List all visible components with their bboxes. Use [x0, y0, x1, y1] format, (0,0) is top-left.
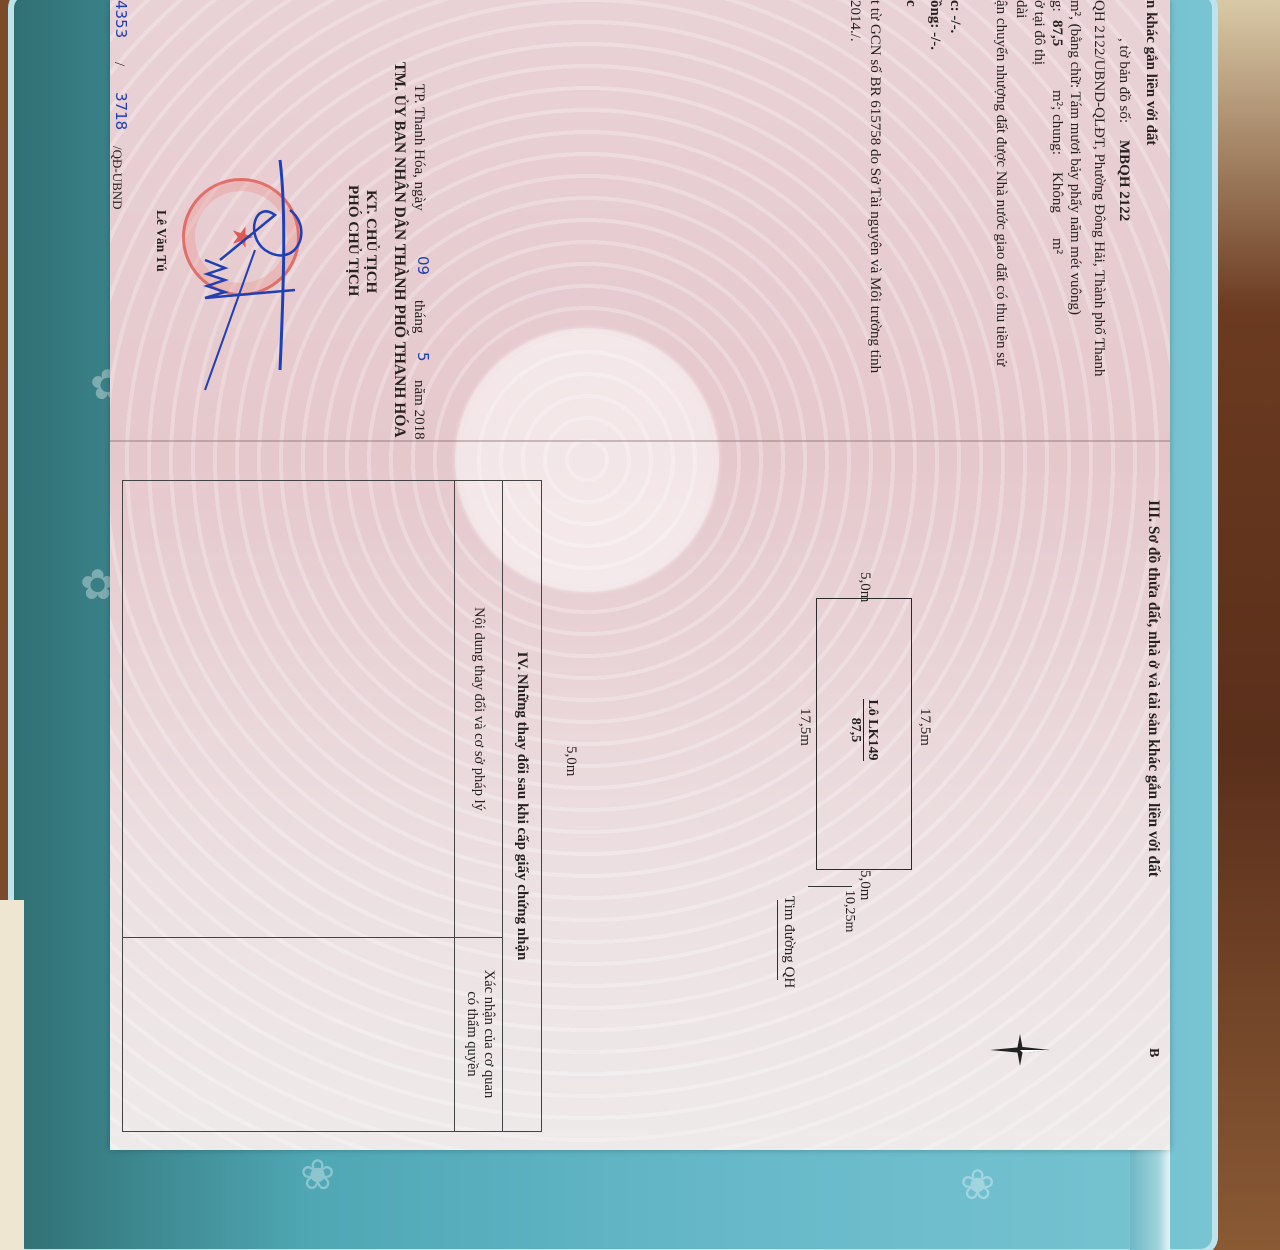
month-label: tháng: [410, 300, 428, 333]
confirmation-column-header: Xác nhận của cơ quan có thẩm quyền: [454, 937, 503, 1131]
plot-top-width: 5,0m: [562, 746, 580, 776]
signer-role-1: KT. CHỦ TỊCH: [362, 190, 380, 293]
area-private-label: g:: [1048, 0, 1066, 12]
road-offset-line: [808, 886, 852, 887]
plot-bottom-edge-width: 5,0m: [856, 870, 874, 900]
signer-name: Lê Văn Tú: [152, 210, 170, 272]
changes-column: Nội dung thay đổi và cơ sở pháp lý: [123, 481, 503, 938]
certificate-page: n khác gắn liền với đất , tờ bản đồ số: …: [110, 0, 1170, 1150]
north-label: B: [1144, 1048, 1162, 1057]
lot-label: Lô LK149 87,5: [847, 690, 880, 770]
road-label: Tim đường QH: [780, 896, 798, 988]
plot-top-edge-width: 5,0m: [856, 572, 874, 602]
flower-decoration-icon: ❀: [300, 1150, 335, 1199]
registry-number-a: 4353: [112, 0, 130, 38]
section-4-title: IV. Những thay đổi sau khi cấp giấy chứn…: [502, 481, 541, 1131]
changes-column-header: Nội dung thay đổi và cơ sở pháp lý: [454, 481, 503, 937]
lot-name: Lô LK149: [863, 699, 880, 760]
section-3-title: III. Sơ đồ thửa đất, nhà ở và tài sản kh…: [1144, 500, 1162, 877]
year-label: năm 2018: [410, 380, 428, 440]
registry-number-b: 3718: [112, 92, 130, 130]
issuing-organization: TM. ỦY BAN NHÂN DÂN THÀNH PHỐ THANH HÓA: [390, 62, 408, 438]
background-table: [0, 900, 24, 1250]
land-origin: ận chuyển nhượng đất được Nhà nước giao …: [992, 0, 1010, 366]
north-arrow-icon: [990, 1020, 1050, 1080]
use-purpose: ở tại đô thị: [1030, 0, 1048, 65]
flower-decoration-icon: ❀: [960, 1160, 995, 1209]
registry-separator: /: [110, 62, 128, 66]
use-term: dài: [1012, 0, 1030, 18]
map-sheet-value: MBQH 2122: [1115, 140, 1133, 221]
confirmation-column: Xác nhận của cơ quan có thẩm quyền: [123, 937, 503, 1131]
place-date-prefix: TP. Thanh Hóa, ngày: [410, 84, 428, 211]
note-year: 2014./.: [846, 0, 864, 42]
confirmation-header-line-1: Xác nhận của cơ quan: [481, 970, 497, 1098]
address-line: QH 2122/UBND-QLĐT, Phường Đông Hải, Thàn…: [1090, 0, 1108, 376]
page-fold: [110, 440, 1170, 442]
section-2-header-tail: n khác gắn liền với đất: [1142, 0, 1160, 145]
registry-suffix: /QĐ-UBND: [108, 146, 126, 210]
road-offset: 10,25m: [840, 890, 858, 932]
line-e: c: [902, 0, 920, 7]
area-shared-value: Không: [1048, 172, 1066, 213]
handwritten-month: 5: [414, 352, 432, 362]
confirmation-header-line-2: có thẩm quyền: [464, 991, 480, 1076]
plot-right-length: 17,5m: [916, 708, 934, 746]
area-shared-label: m²; chung:: [1048, 90, 1066, 155]
area-shared-unit: m²: [1048, 238, 1066, 254]
handwritten-signature: [175, 140, 315, 400]
plot-left-length: 17,5m: [796, 708, 814, 746]
handwritten-day: 09: [414, 256, 432, 275]
line-ong: ồng: -/-.: [926, 0, 944, 50]
signer-role-2: PHÓ CHỦ TỊCH: [344, 185, 362, 296]
lot-area: 87,5: [848, 718, 863, 743]
map-sheet-label: , tờ bản đồ số:: [1115, 38, 1133, 123]
road-centerline: [777, 900, 778, 980]
line-c: c: -/-.: [946, 0, 964, 33]
area-private-value: 87,5: [1048, 20, 1066, 46]
section-4-table: IV. Những thay đổi sau khi cấp giấy chứn…: [122, 480, 542, 1132]
note-line: t từ GCN số BR 615758 do Sở Tài nguyên v…: [866, 0, 884, 373]
area-in-words: m², (bằng chữ: Tám mươi bảy phẩy năm mét…: [1066, 0, 1084, 315]
